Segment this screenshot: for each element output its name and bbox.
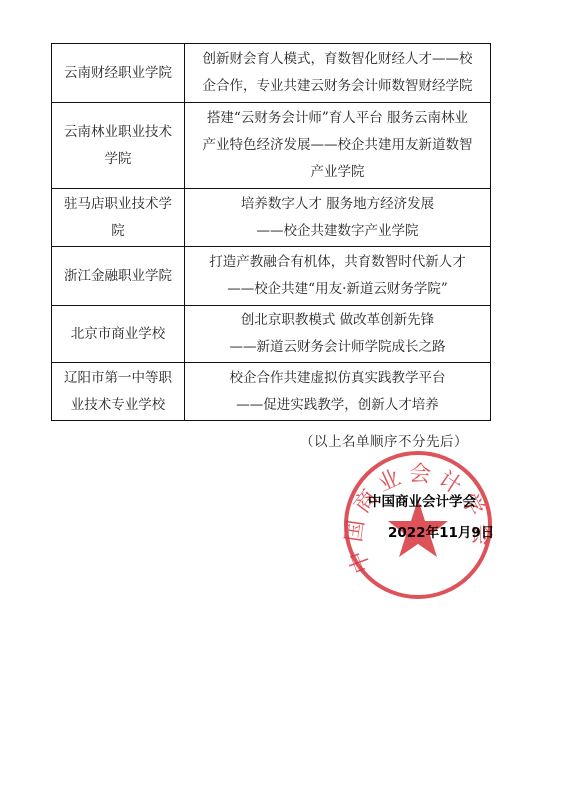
org-name-line: 学院 xyxy=(56,146,180,173)
org-name-line: 院 xyxy=(56,218,180,245)
table-row: 浙江金融职业学院打造产教融合有机体，共育数智时代新人才——校企共建“用友·新道云… xyxy=(52,247,491,306)
org-name-cell: 辽阳市第一中等职业技术专业学校 xyxy=(52,363,185,421)
signature-org-name: 中国商业会计学会 xyxy=(368,490,476,510)
org-name-cell: 云南财经职业学院 xyxy=(52,44,185,103)
table-row: 驻马店职业技术学院培养数字人才 服务地方经济发展——校企共建数字产业学院 xyxy=(52,189,491,247)
case-title-line: 校企合作共建虚拟仿真实践教学平台 xyxy=(189,365,486,392)
case-title-line: 企合作，专业共建云财务会计师数智财经学院 xyxy=(189,73,486,100)
org-name-line: 驻马店职业技术学 xyxy=(56,191,180,218)
org-name-line: 北京市商业学校 xyxy=(56,321,180,348)
table-row: 北京市商业学校创北京职教模式 做改革创新先锋——新道云财务会计师学院成长之路 xyxy=(52,306,491,363)
case-title-line: 创新财会育人模式，育数智化财经人才——校 xyxy=(189,46,486,73)
org-name-cell: 北京市商业学校 xyxy=(52,306,185,363)
case-title-cell: 打造产教融合有机体，共育数智时代新人才——校企共建“用友·新道云财务学院” xyxy=(185,247,491,306)
case-title-line: 创北京职教模式 做改革创新先锋 xyxy=(189,307,486,334)
case-title-line: 培养数字人才 服务地方经济发展 xyxy=(189,191,486,218)
table-row: 辽阳市第一中等职业技术专业学校校企合作共建虚拟仿真实践教学平台——促进实践教学，… xyxy=(52,363,491,421)
org-name-line: 辽阳市第一中等职 xyxy=(56,365,180,392)
case-title-line: ——校企共建“用友·新道云财务学院” xyxy=(189,276,486,303)
case-title-cell: 搭建“云财务会计师”育人平台 服务云南林业产业特色经济发展——校企共建用友新道数… xyxy=(185,103,491,189)
org-name-cell: 驻马店职业技术学院 xyxy=(52,189,185,247)
org-name-cell: 浙江金融职业学院 xyxy=(52,247,185,306)
org-name-line: 浙江金融职业学院 xyxy=(56,263,180,290)
org-name-line: 业技术专业学校 xyxy=(56,392,180,419)
table-row: 云南财经职业学院创新财会育人模式，育数智化财经人才——校企合作，专业共建云财务会… xyxy=(52,44,491,103)
case-title-line: ——促进实践教学，创新人才培养 xyxy=(189,392,486,419)
case-title-cell: 培养数字人才 服务地方经济发展——校企共建数字产业学院 xyxy=(185,189,491,247)
case-title-cell: 创北京职教模式 做改革创新先锋——新道云财务会计师学院成长之路 xyxy=(185,306,491,363)
signature-date: 2022年11月9日 xyxy=(388,521,494,541)
case-title-line: 产业学院 xyxy=(189,159,486,186)
case-title-cell: 创新财会育人模式，育数智化财经人才——校企合作，专业共建云财务会计师数智财经学院 xyxy=(185,44,491,103)
case-title-line: 搭建“云财务会计师”育人平台 服务云南林业 xyxy=(189,105,486,132)
org-name-cell: 云南林业职业技术学院 xyxy=(52,103,185,189)
case-title-line: 产业特色经济发展——校企共建用友新道数智 xyxy=(189,132,486,159)
case-title-line: 打造产教融合有机体，共育数智时代新人才 xyxy=(189,249,486,276)
case-title-line: ——新道云财务会计师学院成长之路 xyxy=(189,334,486,361)
order-note: （以上名单顺序不分先后） xyxy=(300,430,468,450)
org-name-line: 云南林业职业技术 xyxy=(56,119,180,146)
org-name-line: 云南财经职业学院 xyxy=(56,60,180,87)
award-list-table: 云南财经职业学院创新财会育人模式，育数智化财经人才——校企合作，专业共建云财务会… xyxy=(51,43,491,421)
case-title-line: ——校企共建数字产业学院 xyxy=(189,218,486,245)
table-row: 云南林业职业技术学院搭建“云财务会计师”育人平台 服务云南林业产业特色经济发展—… xyxy=(52,103,491,189)
case-title-cell: 校企合作共建虚拟仿真实践教学平台——促进实践教学，创新人才培养 xyxy=(185,363,491,421)
